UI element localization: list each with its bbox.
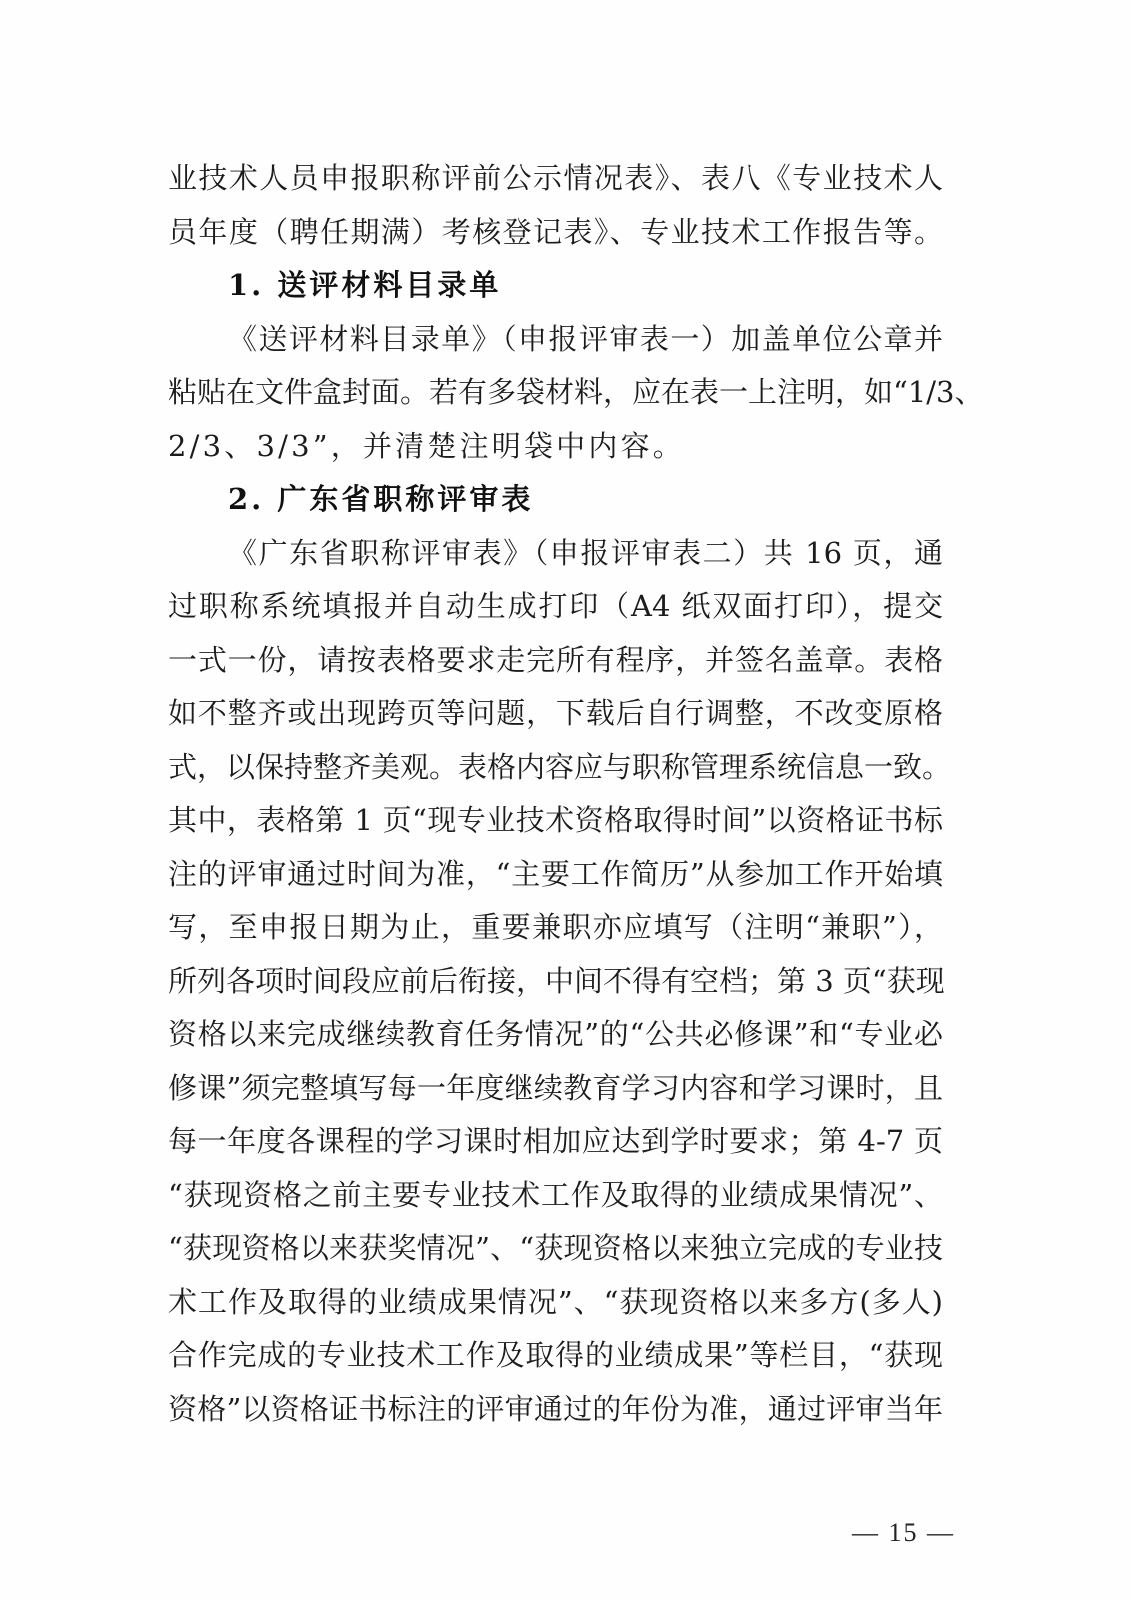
page-number: — 15 — [852,1518,955,1548]
paragraph-line: 业技术人员申报职称评前公示情况表》、表八《专业技术人 [168,152,943,206]
paragraph-line: 术工作及取得的业绩成果情况”、“获现资格以来多方(多人) [168,1276,943,1330]
section-heading-1: 1. 送评材料目录单 [168,259,943,313]
paragraph-line: 员年度（聘任期满）考核登记表》、专业技术工作报告等。 [168,206,943,260]
paragraph-line: 《广东省职称评审表》（申报评审表二）共 16 页，通 [168,527,943,581]
paragraph-line: 每一年度各课程的学习课时相加应达到学时要求；第 4-7 页 [168,1115,943,1169]
paragraph-line: 《送评材料目录单》（申报评审表一）加盖单位公章并 [168,313,943,367]
document-page: 业技术人员申报职称评前公示情况表》、表八《专业技术人 员年度（聘任期满）考核登记… [0,0,1131,1600]
paragraph-line: 一式一份，请按表格要求走完所有程序，并签名盖章。表格 [168,634,943,688]
paragraph-line: 修课”须完整填写每一年度继续教育学习内容和学习课时，且 [168,1062,943,1116]
paragraph-line: “获现资格以来获奖情况”、“获现资格以来独立完成的专业技 [168,1222,943,1276]
paragraph-line: 注的评审通过时间为准，“主要工作简历”从参加工作开始填 [168,848,943,902]
section-heading-2: 2. 广东省职称评审表 [168,473,943,527]
document-body: 业技术人员申报职称评前公示情况表》、表八《专业技术人 员年度（聘任期满）考核登记… [168,152,943,1436]
paragraph-line: 资格”以资格证书标注的评审通过的年份为准，通过评审当年 [168,1383,943,1437]
paragraph-line: 资格以来完成继续教育任务情况”的“公共必修课”和“专业必 [168,1008,943,1062]
paragraph-line: 过职称系统填报并自动生成打印（A4 纸双面打印），提交 [168,580,943,634]
paragraph-line: 2/3、3/3”，并清楚注明袋中内容。 [168,420,943,474]
paragraph-line: 粘贴在文件盒封面。若有多袋材料，应在表一上注明，如“1/3、 [168,366,943,420]
paragraph-line: 写，至申报日期为止，重要兼职亦应填写（注明“兼职”）， [168,901,943,955]
paragraph-line: 如不整齐或出现跨页等问题，下载后自行调整，不改变原格 [168,687,943,741]
paragraph-line: 式，以保持整齐美观。表格内容应与职称管理系统信息一致。 [168,741,943,795]
paragraph-line: “获现资格之前主要专业技术工作及取得的业绩成果情况”、 [168,1169,943,1223]
paragraph-line: 合作完成的专业技术工作及取得的业绩成果”等栏目，“获现 [168,1329,943,1383]
paragraph-line: 所列各项时间段应前后衔接，中间不得有空档；第 3 页“获现 [168,955,943,1009]
paragraph-line: 其中，表格第 1 页“现专业技术资格取得时间”以资格证书标 [168,794,943,848]
